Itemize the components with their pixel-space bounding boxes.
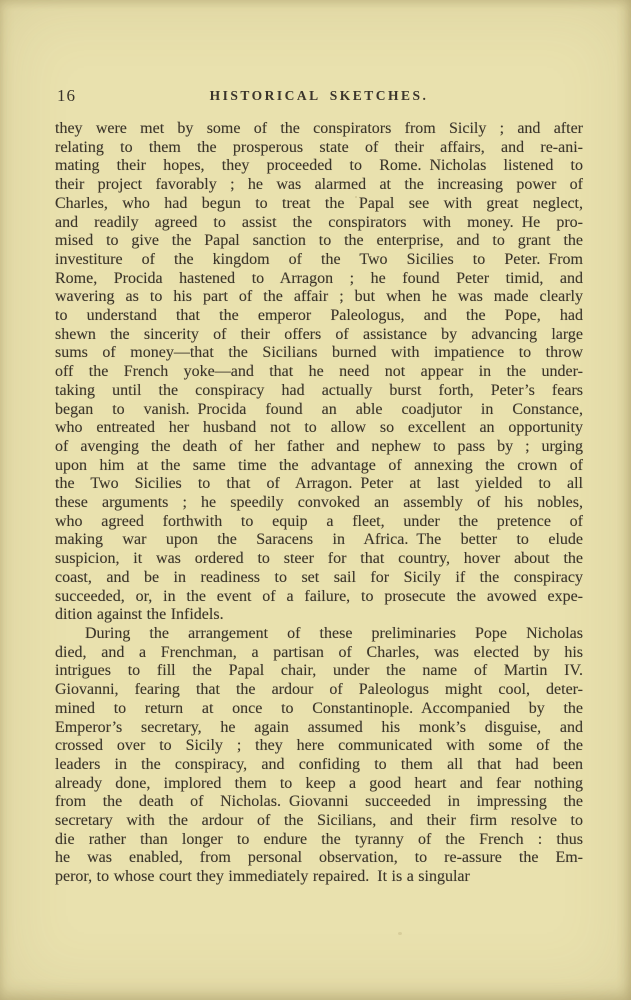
- page-text: they were met by some of the conspirator…: [55, 120, 583, 887]
- text-line: who entreated her husband not to allow s…: [55, 419, 583, 438]
- text-line: intrigues to fill the Papal chair, under…: [55, 662, 583, 681]
- paragraph-1: they were met by some of the conspirator…: [55, 120, 583, 625]
- text-line: wavering as to his part of the affair ; …: [55, 288, 583, 307]
- text-line: from the death of Nicholas. Giovanni suc…: [55, 793, 583, 812]
- text-line: peror, to whose court they immediately r…: [55, 868, 583, 887]
- text-line: their project favorably ; he was alarmed…: [55, 176, 583, 195]
- text-line: suspicion, it was ordered to steer for t…: [55, 550, 583, 569]
- text-line: upon him at the same time the advantage …: [55, 457, 583, 476]
- text-line: die rather than longer to endure the tyr…: [55, 831, 583, 850]
- running-head: HISTORICAL SKETCHES.: [55, 86, 583, 104]
- text-line: the Two Sicilies to that of Arragon. Pet…: [55, 475, 583, 494]
- text-line: coast, and be in readiness to set sail f…: [55, 569, 583, 588]
- text-line: died, and a Frenchman, a partisan of Cha…: [55, 644, 583, 663]
- text-line: During the arrangement of these prelimin…: [55, 625, 583, 644]
- text-line: he was enabled, from personal observatio…: [55, 849, 583, 868]
- text-line: Emperor’s secretary, he again assumed hi…: [55, 719, 583, 738]
- text-line: began to vanish. Procida found an able c…: [55, 401, 583, 420]
- text-line: to understand that the emperor Paleologu…: [55, 307, 583, 326]
- page-number: 16: [57, 86, 76, 106]
- text-line: secretary with the ardour of the Sicilia…: [55, 812, 583, 831]
- paper-speck: [398, 932, 402, 935]
- text-line: who agreed forthwith to equip a fleet, u…: [55, 513, 583, 532]
- text-line: of avenging the death of her father and …: [55, 438, 583, 457]
- text-line: succeeded, or, in the event of a failure…: [55, 588, 583, 607]
- text-line: off the French yoke—and that he need not…: [55, 363, 583, 382]
- text-line: these arguments ; he speedily convoked a…: [55, 494, 583, 513]
- page-header: 16 HISTORICAL SKETCHES.: [55, 86, 583, 108]
- text-line: mating their hopes, they proceeded to Ro…: [55, 157, 583, 176]
- text-line: they were met by some of the conspirator…: [55, 120, 583, 139]
- book-page: 16 HISTORICAL SKETCHES. they were met by…: [0, 0, 631, 1000]
- text-line: Giovanni, fearing that the ardour of Pal…: [55, 681, 583, 700]
- text-line: sums of money—that the Sicilians burned …: [55, 344, 583, 363]
- text-line: mined to return at once to Constantinopl…: [55, 700, 583, 719]
- text-line: investiture of the kingdom of the Two Si…: [55, 251, 583, 270]
- text-line: shewn the sincerity of their offers of a…: [55, 326, 583, 345]
- text-line: mised to give the Papal sanction to the …: [55, 232, 583, 251]
- text-line: and readily agreed to assist the conspir…: [55, 214, 583, 233]
- text-line: making war upon the Saracens in Africa. …: [55, 531, 583, 550]
- paragraph-2: During the arrangement of these prelimin…: [55, 625, 583, 887]
- text-line: Charles, who had begun to treat the Papa…: [55, 195, 583, 214]
- text-line: already done, implored them to keep a go…: [55, 775, 583, 794]
- text-line: Rome, Procida hastened to Arragon ; he f…: [55, 270, 583, 289]
- text-line: crossed over to Sicily ; they here commu…: [55, 737, 583, 756]
- text-line: leaders in the conspiracy, and confiding…: [55, 756, 583, 775]
- text-line: relating to them the prosperous state of…: [55, 139, 583, 158]
- text-line: dition against the Infidels.: [55, 606, 583, 625]
- text-line: taking until the conspiracy had actually…: [55, 382, 583, 401]
